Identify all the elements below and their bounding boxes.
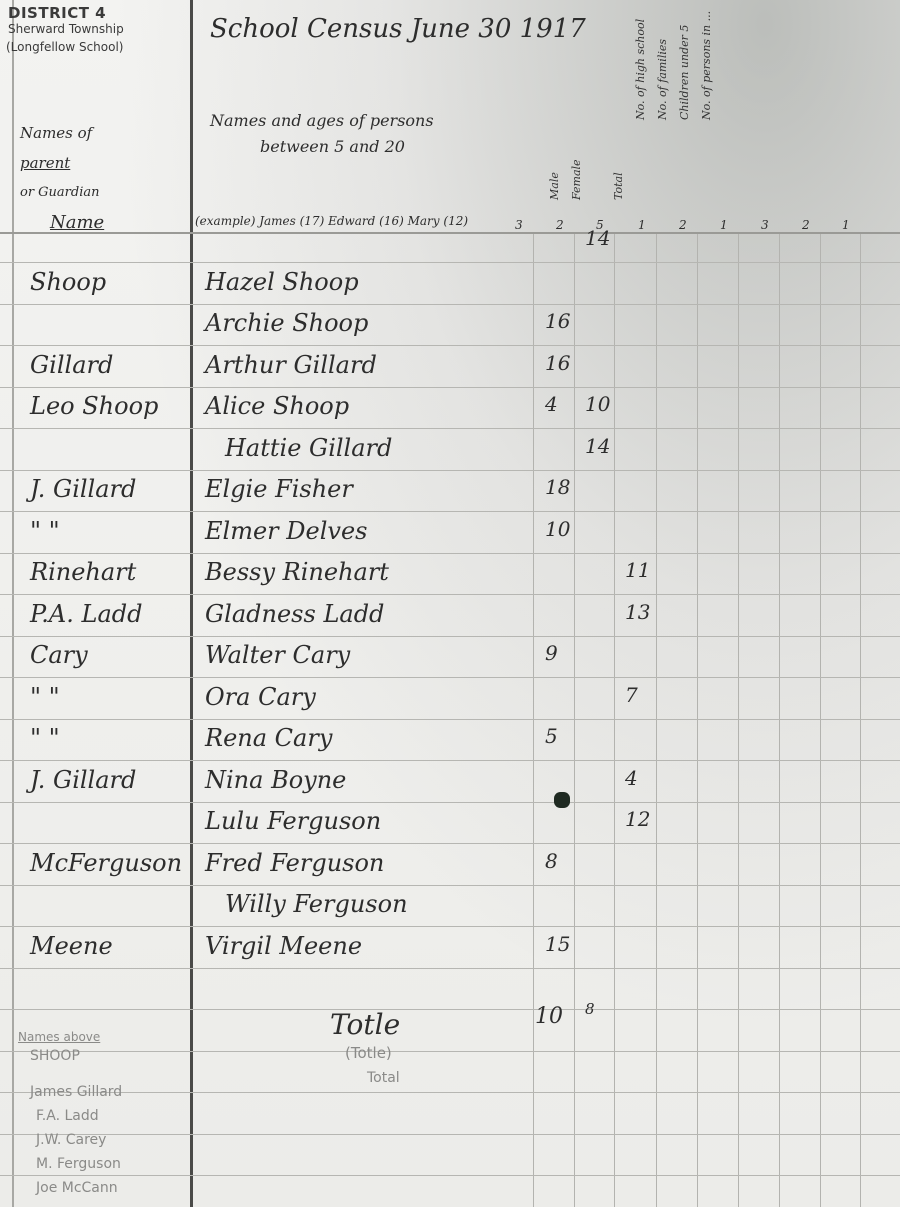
total-annotation: (Totle) — [345, 1044, 392, 1062]
child-name: Elgie Fisher — [205, 475, 353, 503]
child-name: Archie Shoop — [205, 309, 368, 337]
ruled-line — [0, 232, 900, 234]
male-age: 9 — [545, 641, 558, 665]
child-name: Rena Cary — [205, 724, 332, 752]
ruled-line — [0, 1134, 900, 1135]
header-line: or Guardian — [20, 178, 104, 208]
ruled-line — [0, 926, 900, 927]
child-name: Fred Ferguson — [205, 849, 384, 877]
ruled-line — [0, 968, 900, 969]
child-name: Walter Cary — [205, 641, 350, 669]
ruled-line — [0, 345, 900, 346]
ruled-line — [0, 594, 900, 595]
male-age: 18 — [545, 475, 570, 499]
school-label: (Longfellow School) — [6, 40, 124, 54]
column-heading: Male — [548, 172, 561, 200]
parent-name: Gillard — [30, 351, 113, 379]
total-female: 8 — [585, 1000, 595, 1018]
parent-name: Shoop — [30, 268, 106, 296]
header-line: between 5 and 20 — [210, 134, 434, 160]
column-number: 2 — [802, 218, 810, 232]
census-page: DISTRICT 4 Sherward Township (Longfellow… — [0, 0, 900, 1207]
male-age: 16 — [545, 351, 570, 375]
female-age: 14 — [585, 434, 610, 458]
ruled-line — [0, 802, 900, 803]
pencil-name: SHOOP — [30, 1048, 80, 1064]
total-male: 10 — [535, 1004, 563, 1029]
total-label: Totle — [330, 1008, 400, 1041]
ruled-line — [0, 262, 900, 263]
column-heading: No. of high school — [634, 19, 647, 120]
district-label: DISTRICT 4 — [8, 4, 106, 22]
ruled-line — [0, 304, 900, 305]
pencil-notes-heading: Names above — [18, 1030, 100, 1044]
child-name: Willy Ferguson — [225, 890, 408, 918]
male-age: 8 — [545, 849, 558, 873]
header-line: parent — [20, 148, 104, 178]
ruled-line — [0, 511, 900, 512]
parent-name: Rinehart — [30, 558, 136, 586]
child-name: Ora Cary — [205, 683, 316, 711]
ruled-line — [0, 1009, 900, 1010]
child-name: Gladness Ladd — [205, 600, 384, 628]
column-heading: Total — [612, 172, 625, 200]
child-name: Hattie Gillard — [225, 434, 392, 462]
column-number: 1 — [842, 218, 850, 232]
child-name: Hazel Shoop — [205, 268, 359, 296]
parent-name: Meene — [30, 932, 113, 960]
ruled-line — [0, 636, 900, 637]
column-number: 3 — [761, 218, 769, 232]
male-age: 10 — [545, 517, 570, 541]
child-name: Arthur Gillard — [205, 351, 377, 379]
parent-name: McFerguson — [30, 849, 182, 877]
parent-name: J. Gillard — [30, 766, 136, 794]
column-heading: Female — [570, 159, 583, 200]
left-margin-line — [12, 0, 14, 1207]
column-number: 2 — [679, 218, 687, 232]
township-label: Sherward Township — [8, 22, 124, 36]
example-row: (example) James (17) Edward (16) Mary (1… — [195, 214, 468, 228]
column-heading: Children under 5 — [678, 25, 691, 120]
female-age: 14 — [585, 226, 610, 250]
pencil-name: F.A. Ladd — [36, 1108, 99, 1124]
ruled-line — [0, 470, 900, 471]
male-age: 15 — [545, 932, 570, 956]
parent-name: " " — [30, 724, 60, 752]
male-age: 16 — [545, 309, 570, 333]
other-age: 12 — [625, 807, 650, 831]
female-age: 10 — [585, 392, 610, 416]
children-column-header: Names and ages of persons between 5 and … — [210, 108, 434, 160]
document-title: School Census June 30 1917 — [210, 14, 586, 44]
ruled-line — [0, 719, 900, 720]
other-age: 7 — [625, 683, 638, 707]
parent-name: " " — [30, 517, 60, 545]
parent-name: P.A. Ladd — [30, 600, 142, 628]
header-line: Names of — [20, 118, 104, 148]
child-name: Nina Boyne — [205, 766, 346, 794]
ruled-line — [0, 1092, 900, 1093]
total-annotation: Total — [367, 1070, 400, 1086]
other-age: 13 — [625, 600, 650, 624]
column-number: 1 — [720, 218, 728, 232]
child-name: Lulu Ferguson — [205, 807, 381, 835]
column-heading: No. of families — [656, 39, 669, 120]
pencil-name: J.W. Carey — [36, 1132, 106, 1148]
ruled-line — [0, 677, 900, 678]
child-name: Bessy Rinehart — [205, 558, 389, 586]
other-age: 4 — [625, 766, 638, 790]
column-divider — [190, 0, 193, 1207]
other-age: 11 — [625, 558, 650, 582]
column-number: 2 — [556, 218, 564, 232]
ruled-line — [0, 387, 900, 388]
male-age: 5 — [545, 724, 558, 748]
pencil-name: M. Ferguson — [36, 1156, 121, 1172]
column-number: 3 — [515, 218, 523, 232]
ruled-line — [0, 760, 900, 761]
parent-name: J. Gillard — [30, 475, 136, 503]
header-line: Name — [20, 208, 104, 238]
ink-blot — [554, 792, 570, 808]
child-name: Elmer Delves — [205, 517, 367, 545]
ruled-line — [0, 1175, 900, 1176]
header-line: Names and ages of persons — [210, 108, 434, 134]
parent-name: Leo Shoop — [30, 392, 158, 420]
male-age: 4 — [545, 392, 558, 416]
ruled-line — [0, 553, 900, 554]
ruled-line — [0, 843, 900, 844]
parent-name: " " — [30, 683, 60, 711]
column-heading: No. of persons in ... — [700, 11, 713, 120]
column-number: 1 — [638, 218, 646, 232]
ruled-line — [0, 885, 900, 886]
child-name: Alice Shoop — [205, 392, 349, 420]
pencil-name: James Gillard — [30, 1084, 122, 1100]
parent-column-header: Names of parent or Guardian Name — [20, 118, 104, 238]
child-name: Virgil Meene — [205, 932, 362, 960]
ruled-line — [0, 428, 900, 429]
parent-name: Cary — [30, 641, 88, 669]
ruled-line — [0, 1051, 900, 1052]
pencil-name: Joe McCann — [36, 1180, 118, 1196]
